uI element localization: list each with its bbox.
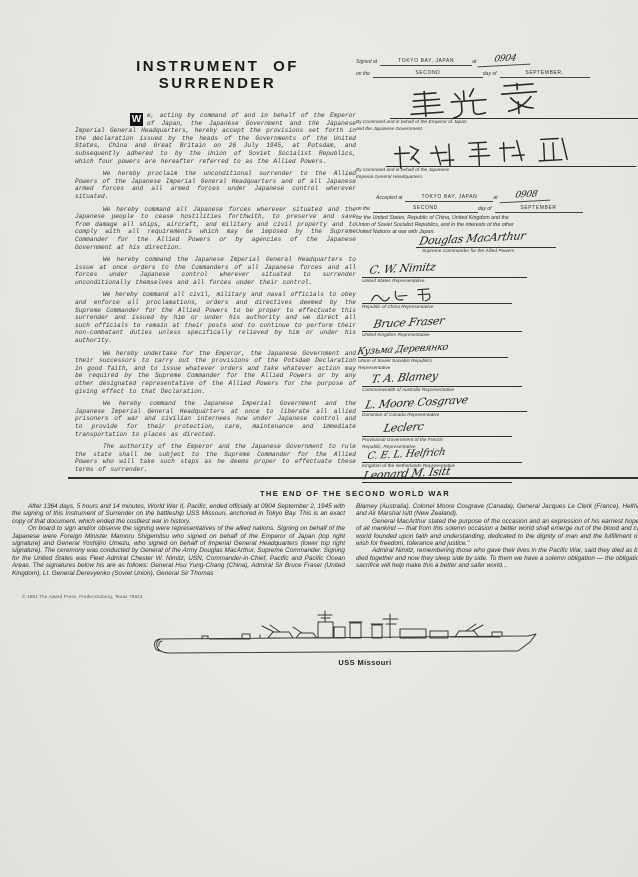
accepted-place: TOKYO BAY, JAPAN [405, 194, 493, 202]
accepted-time-handwritten: 0908 [499, 189, 552, 204]
accepted-line-2: on the SECOND day of SEPTEMBER [356, 205, 638, 213]
signature-macarthur: Douglas MacArthur [418, 229, 526, 247]
signature-line [362, 462, 522, 463]
signed-pre1: Signed at [356, 59, 380, 66]
accepted-month: SEPTEMBER [495, 205, 583, 213]
signature-label: Republic of China Representative [362, 305, 562, 311]
signature-block-australia: T. A. Blamey Commonwealth of Australia R… [362, 368, 562, 394]
signed-place: TOKYO BAY, JAPAN [380, 58, 472, 66]
document-body: We, acting by command of and in behalf o… [75, 112, 356, 479]
document-paragraph: We hereby command all Japanese forces wh… [75, 206, 356, 252]
document-paragraph: We hereby command the Japanese Imperial … [75, 256, 356, 286]
signature-line [416, 247, 556, 248]
signature-block-new-zealand: Leonard M. Isitt [362, 464, 562, 483]
accepted-line-1: Accepted at TOKYO BAY, JAPAN at 0908 [356, 190, 638, 202]
footer-paragraph: General MacArthur stated the purpose of … [356, 518, 638, 548]
accepted-pre1: Accepted at [376, 195, 405, 202]
footer-left-column: After 1364 days, 5 hours and 14 minutes,… [12, 503, 345, 577]
document-paragraph: We hereby command the Japanese Imperial … [75, 400, 356, 438]
signature-blamey: T. A. Blamey [370, 369, 439, 385]
page-title: INSTRUMENT OF SURRENDER [75, 58, 360, 92]
signed-pre2: on the [356, 71, 373, 78]
signature-block-macarthur: Douglas MacArthur Supreme Commander for … [416, 229, 638, 255]
signature-line [362, 386, 522, 387]
signature-helfrich: C. E. L. Helfrich [366, 447, 446, 462]
dropcap-w: W [130, 113, 143, 126]
signature-cosgrave: L. Moore Cosgrave [364, 393, 469, 411]
footer-paragraph: After 1364 days, 5 hours and 14 minutes,… [12, 503, 345, 525]
signature-line [362, 482, 512, 483]
signature-shigemitsu-icon [397, 81, 549, 123]
signed-line-2: on the SECOND day of SEPTEMBER, [356, 70, 638, 78]
signed-block: Signed at TOKYO BAY, JAPAN at 0904 on th… [356, 54, 638, 78]
signed-line-1: Signed at TOKYO BAY, JAPAN at 0904 [356, 54, 638, 66]
signature-block-china: Republic of China Representative [362, 288, 562, 311]
copyright-line: © 1981 The Award Press, Fredericksburg, … [22, 594, 143, 599]
signature-line [362, 436, 512, 437]
document-paragraph: The authority of the Emperor and the Jap… [75, 443, 356, 473]
signed-month: SEPTEMBER, [500, 70, 590, 78]
signature-fraser: Bruce Fraser [372, 314, 445, 331]
signature-line [358, 357, 508, 358]
signature-nimitz: C. W. Nimitz [368, 260, 436, 276]
signature-label: United States Representative [362, 279, 562, 285]
signature-caption: and the Japanese Government. [356, 127, 638, 133]
uss-missouri-drawing-icon [150, 610, 542, 660]
ship-caption: USS Missouri [320, 658, 410, 667]
signature-block-umezu: By Command and in behalf of the Japanese… [356, 138, 638, 181]
signature-caption: Imperial General Headquarters. [356, 175, 638, 181]
signature-isitt: Leonard M. Isitt [362, 465, 451, 482]
signed-mid2: day of [483, 71, 500, 78]
document-paragraph: We hereby proclaim the unconditional sur… [75, 170, 356, 200]
signature-line [362, 411, 527, 412]
signature-label: Supreme Commander for the Allied Powers [422, 249, 638, 255]
footer-paragraph: On board to sign and/or observe the sign… [12, 525, 345, 577]
signature-block-uk: Bruce Fraser United Kingdom Representati… [362, 313, 562, 339]
document-paragraph: We hereby command all civil, military an… [75, 291, 356, 344]
signature-label: Union of Soviet Socialist Republics [358, 359, 578, 365]
footer-right-column: Blamey (Australia), Colonel Moore Cosgra… [356, 503, 638, 570]
signed-time-handwritten: 0904 [478, 53, 533, 68]
document-paragraph: We, acting by command of and in behalf o… [75, 112, 356, 165]
surrender-document-page: INSTRUMENT OF SURRENDER Signed at TOKYO … [0, 0, 638, 877]
footer-paragraph: Blamey (Australia), Colonel Moore Cosgra… [356, 503, 638, 518]
accepted-mid2: day of [478, 206, 495, 213]
signature-derevyanko: Кузьма Деревянко [356, 342, 449, 358]
document-paragraph: We hereby undertake for the Emperor, the… [75, 350, 356, 396]
accepted-body-line: Union of Soviet Socialist Republics, and… [356, 222, 638, 229]
signature-block-canada: L. Moore Cosgrave Dominion of Canada Rep… [362, 393, 562, 419]
signed-day: SECOND [373, 70, 483, 78]
signature-leclerc: Leclerc [382, 420, 424, 435]
signature-block-shigemitsu: By Command and in behalf of the Emperor … [356, 86, 638, 133]
accepted-pre2: on the [356, 206, 373, 213]
accepted-body-line: for the United States, Republic of China… [356, 215, 638, 222]
signature-block-us: C. W. Nimitz United States Representativ… [362, 259, 562, 285]
accepted-day: SECOND [373, 205, 478, 213]
footer-paragraph: Admiral Nimitz, remembering those who ga… [356, 547, 638, 569]
signature-line [362, 331, 522, 332]
signature-line [362, 277, 527, 278]
section-divider [68, 477, 638, 479]
footer-heading: THE END OF THE SECOND WORLD WAR [205, 489, 505, 498]
